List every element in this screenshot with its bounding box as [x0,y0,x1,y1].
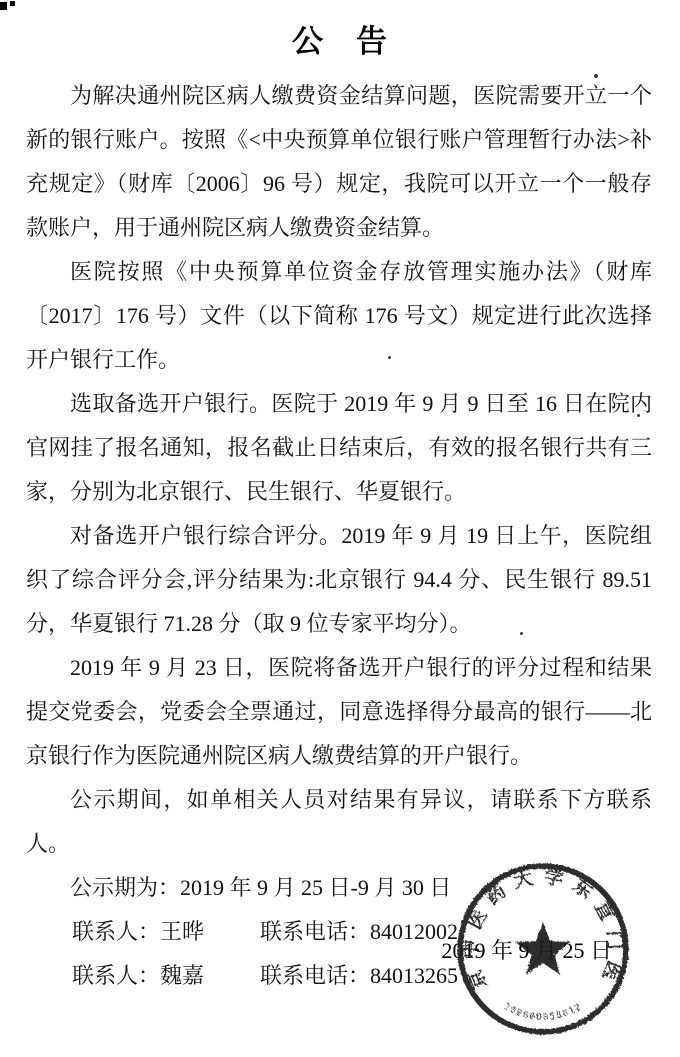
paragraph: 医院按照《中央预算单位资金存放管理实施办法》（财库〔2017〕176 号）文件（… [26,250,652,382]
scan-artifact [594,74,598,78]
paragraph: 选取备选开户银行。医院于 2019 年 9 月 9 日至 16 日在院内官网挂了… [26,382,652,514]
document-body: 为解决通州院区病人缴费资金结算问题，医院需要开立一个新的银行账户。按照《<中央预… [0,74,680,910]
scan-artifact [388,356,391,359]
seal-number: 100000058612 [502,1002,585,1023]
announcement-document: 公 告 为解决通州院区病人缴费资金结算问题，医院需要开立一个新的银行账户。按照《… [0,0,680,1057]
scan-artifact [637,414,640,417]
paragraph-public-period: 公示期为：2019 年 9 月 25 日-9 月 30 日 [26,866,652,910]
paragraph: 为解决通州院区病人缴费资金结算问题，医院需要开立一个新的银行账户。按照《<中央预… [26,74,652,250]
paragraph: 对备选开户银行综合评分。2019 年 9 月 19 日上午，医院组织了综合评分会… [26,514,652,646]
paragraph: 公示期间，如单相关人员对结果有异议，请联系下方联系人。 [26,778,652,866]
scan-artifact [520,632,523,635]
contact-phone-label: 联系电话： [260,963,370,988]
paragraph: 2019 年 9 月 23 日，医院将备选开户银行的评分过程和结果提交党委会，党… [26,646,652,778]
scan-artifact [10,1,15,6]
scan-artifact [0,2,7,10]
publish-date: 2019 年 9 月 25 日 [0,936,612,966]
document-title: 公 告 [0,16,680,61]
contact-phone: 84013265 [370,963,458,988]
contact-label: 联系人： [72,963,160,988]
